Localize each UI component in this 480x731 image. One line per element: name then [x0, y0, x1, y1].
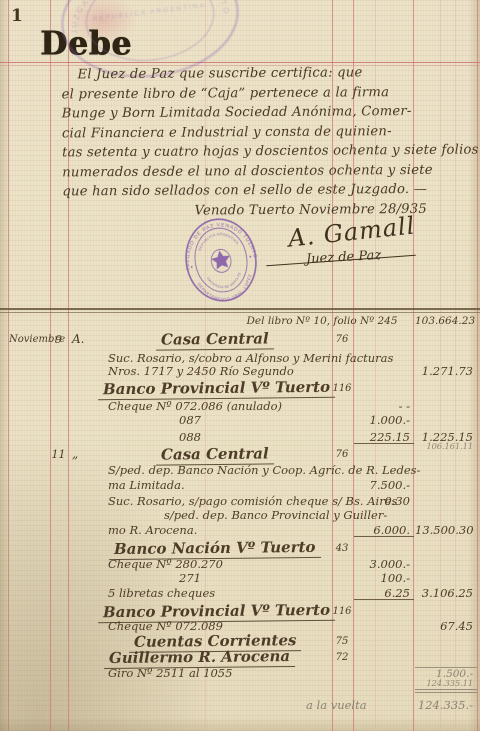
ledger-row: Cuentas Corrientes 75: [0, 632, 480, 647]
signature-role: Juez de Paz: [306, 248, 382, 267]
ledger-row: 5 libretas cheques 6.25 3.106.25: [0, 586, 480, 601]
amount-partial: 100.-: [354, 571, 414, 584]
entry-description: mo R. Arocena.: [108, 523, 330, 537]
cheque-number: Cheque Nº 280.270: [108, 557, 330, 571]
amount-partial: 6.25: [354, 586, 414, 600]
entry-day: 9: [50, 333, 67, 346]
ledger-row: s/ped. dep. Banco Provincial y Guiller-: [0, 508, 480, 523]
folio-number: 76: [332, 334, 352, 345]
cheque-number: 271: [150, 571, 230, 585]
ledger-row: Suc. Rosario, s/pago comisión cheque s/ …: [0, 494, 480, 509]
account-title: Guillermo R. Arocena: [104, 648, 338, 668]
ledger-row: 088 225.15 1.225.15 106.161.11: [0, 430, 480, 445]
ledger-row: a la vuelta 124.335.-: [0, 698, 480, 713]
entry-description: Cheque Nº 072.086 (anulado): [108, 399, 330, 413]
ledger-row: mo R. Arocena. 6.000. 13.500.30: [0, 523, 480, 538]
ledger-row: Banco Provincial Vº Tuerto 116: [0, 379, 480, 394]
amount-total: 1.271.73: [415, 364, 477, 377]
juzgado-oval-stamp: JUZGADO DE PAZ VENADO TUERTO DEPARTAMENT…: [168, 205, 273, 315]
entry-ditto: „: [72, 447, 98, 461]
entry-description: S/ped. dep. Banco Nación y Coop. Agríc. …: [108, 463, 330, 477]
account-title: Casa Central: [98, 330, 332, 350]
void-mark: - -: [354, 399, 414, 412]
entry-month: Noviembre: [9, 334, 49, 345]
total-rule: [415, 689, 477, 690]
page-number: 1: [11, 6, 23, 26]
folio-number: 75: [332, 636, 352, 647]
folio-number: 43: [332, 543, 352, 554]
ledger-page: 1 Debe JUZGADO DE PAZ VENADO TUERTO REPU…: [0, 0, 480, 731]
folio-number: 76: [332, 449, 352, 460]
opening-balance: 103.664.23: [415, 315, 477, 328]
amount-total: 13.500.30: [415, 523, 477, 536]
ledger-row: 271 100.-: [0, 571, 480, 586]
faint-stamp-ring-text: JUZGADO DE PAZ VENADO TUERTO: [64, 0, 232, 35]
folio-number: 116: [332, 383, 352, 394]
ledger-row: 087 1.000.-: [0, 413, 480, 428]
entry-description: 5 libretas cheques: [108, 586, 330, 600]
account-title: Casa Central: [98, 445, 332, 465]
ledger-row: Cheque Nº 280.270 3.000.-: [0, 557, 480, 572]
entry-description: Suc. Rosario, s/pago comisión cheque s/ …: [108, 494, 330, 508]
folio-number: 72: [332, 652, 352, 663]
ledger-row: Guillermo R. Arocena 72: [0, 648, 480, 663]
account-title-text: Banco Provincial Vº Tuerto: [98, 378, 335, 400]
account-title: Banco Nación Vº Tuerto: [98, 539, 332, 559]
ledger-row: Del libro Nº 10, folio Nº 245 103.664.23: [0, 315, 480, 330]
reference-note: Del libro Nº 10, folio Nº 245: [238, 315, 406, 327]
certification-text: El Juez de Paz que suscribe certifica: q…: [61, 65, 470, 224]
ledger-row: ma Limitada. 7.500.-: [0, 478, 480, 493]
amount-partial: 0.30: [354, 494, 414, 507]
pencil-grand-total: 124.335.11: [415, 679, 477, 692]
stamp-star-left: ✦: [189, 264, 194, 270]
account-title: Banco Provincial Vº Tuerto: [98, 379, 332, 399]
ledger-row: 1.500.- 124.335.11: [0, 667, 480, 682]
amount-total: 67.45: [415, 619, 477, 632]
faint-stamp-inner-text: REPUBLICA ARGENTINA: [92, 2, 206, 23]
ledger-row: Noviembre 9 A. Casa Central 76: [0, 330, 480, 345]
carry-forward-note: a la vuelta: [306, 698, 416, 712]
ledger-row: S/ped. dep. Banco Nación y Coop. Agríc. …: [0, 463, 480, 478]
cheque-number: 087: [150, 413, 230, 427]
amount-partial: 6.000.: [354, 523, 414, 537]
ledger-row: Cheque Nº 072.086 (anulado) - -: [0, 399, 480, 414]
entry-day: 11: [50, 448, 67, 461]
ledger-row: Banco Provincial Vº Tuerto 116: [0, 602, 480, 617]
svg-text:JUZGADO DE PAZ VENADO TUERTO: JUZGADO DE PAZ VENADO TUERTO: [64, 0, 232, 35]
account-title-text: Casa Central: [156, 329, 274, 350]
ledger-row: Nros. 1717 y 2450 Río Segundo 1.271.73: [0, 364, 480, 379]
cheque-number: 088: [150, 430, 230, 444]
total-rule-2: [415, 692, 477, 693]
ledger-row: Banco Nación Vº Tuerto 43: [0, 539, 480, 554]
stamp-coat-of-arms: [210, 248, 233, 274]
amount-partial: 1.000.-: [354, 413, 414, 426]
entry-description: s/ped. dep. Banco Provincial y Guiller-: [108, 508, 386, 522]
entry-prefix: A.: [72, 332, 98, 346]
folio-number: 116: [332, 606, 352, 617]
ledger-row: 11 „ Casa Central 76: [0, 445, 480, 460]
entry-description: Nros. 1717 y 2450 Río Segundo: [108, 364, 330, 378]
amount-partial: 7.500.-: [354, 478, 414, 491]
table-top-rule: [0, 308, 480, 310]
carried-forward-total: 124.335.-: [415, 698, 477, 711]
entry-description: Suc. Rosario, s/cobro a Alfonso y Merini…: [108, 351, 330, 365]
table-top-rule-2: [0, 312, 480, 313]
amount-total: 3.106.25: [415, 586, 477, 599]
amount-partial: 225.15: [354, 430, 414, 444]
amount-partial: 3.000.-: [354, 557, 414, 570]
entry-description: ma Limitada.: [108, 478, 330, 492]
